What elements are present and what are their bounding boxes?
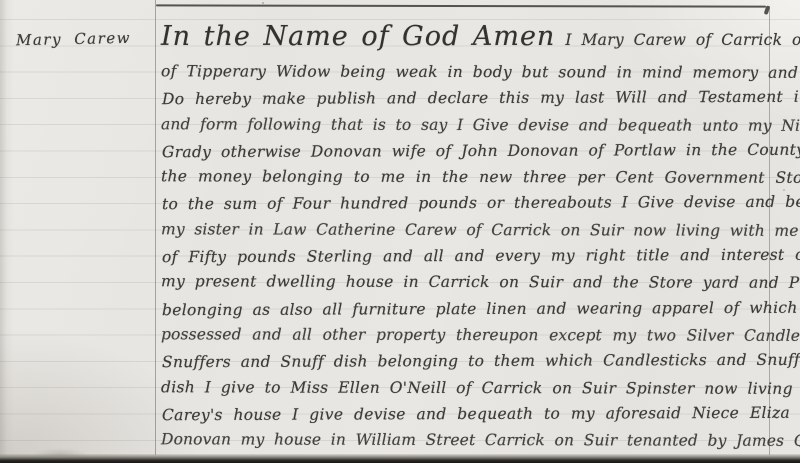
- scan-bottom-edge: [0, 454, 800, 463]
- manuscript-line: Do hereby make publish and declare this …: [162, 84, 778, 113]
- manuscript-line-text: I Mary Carew of Carrick on Suir in the C…: [565, 31, 800, 49]
- will-text-block: In the Name of God Amen I Mary Carew of …: [161, 21, 777, 453]
- manuscript-line: the money belonging to me in the new thr…: [161, 163, 777, 191]
- manuscript-line: belonging as also all furniture plate li…: [162, 294, 778, 323]
- manuscript-line: possessed and all other property thereup…: [161, 321, 777, 349]
- manuscript-line: dish I give to Miss Ellen O'Neill of Car…: [161, 374, 777, 402]
- manuscript-line: Grady otherwise Donovan wife of John Don…: [162, 137, 778, 166]
- margin-note-testator: Mary Carew: [16, 29, 131, 49]
- manuscript-line: In the Name of God Amen I Mary Carew of …: [161, 21, 777, 59]
- left-margin-rule: [155, 0, 156, 455]
- manuscript-line: Snuffers and Snuff dish belonging to the…: [162, 347, 778, 376]
- opening-phrase: In the Name of God Amen: [161, 21, 555, 52]
- manuscript-line: of Tipperary Widow being weak in body bu…: [161, 58, 777, 86]
- manuscript-line: Carey's house I give devise and bequeath…: [162, 400, 778, 429]
- manuscript-line: and form following that is to say I Give…: [161, 111, 777, 139]
- manuscript-line: of Fifty pounds Sterling and all and eve…: [162, 242, 778, 271]
- manuscript-line: my sister in Law Catherine Carew of Carr…: [161, 216, 777, 244]
- manuscript-line: Donovan my house in William Street Carri…: [161, 426, 777, 454]
- manuscript-line: to the sum of Four hundred pounds or the…: [162, 189, 778, 218]
- manuscript-page: Mary Carew In the Name of God Amen I Mar…: [0, 0, 800, 463]
- top-heavy-rule: [156, 4, 766, 7]
- manuscript-line: my present dwelling house in Carrick on …: [161, 269, 777, 297]
